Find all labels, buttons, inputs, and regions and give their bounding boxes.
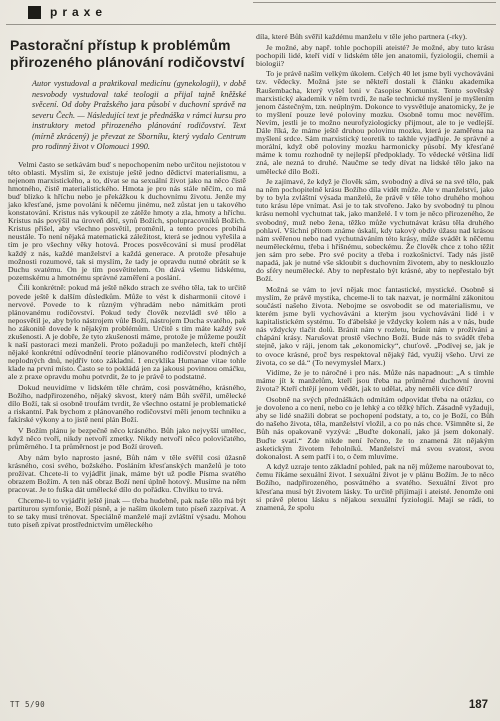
right-column-body: Je možné, aby např. tohle pochopili atei… — [256, 44, 494, 512]
left-column: Pastorační přístup k problémům přirozené… — [8, 30, 246, 693]
right-column: díla, které Bůh svěřil každému manželu v… — [256, 30, 494, 693]
page-number: 187 — [469, 699, 488, 711]
paragraph: Je možné, aby např. tohle pochopili atei… — [256, 44, 494, 68]
section-kicker-label: praxe — [50, 5, 107, 19]
left-column-body: Velmi často se setkávám buď s nepochopen… — [8, 161, 246, 530]
section-kicker: praxe — [28, 5, 107, 19]
magazine-page: praxe Pastorační přístup k problémům při… — [0, 0, 500, 721]
paragraph: Čili konkrétně: pokud má ještě někdo str… — [8, 284, 246, 381]
paragraph: Velmi často se setkávám buď s nepochopen… — [8, 161, 246, 282]
header-rule — [6, 24, 496, 25]
paragraph: Osobně na svých přednáškách odmítám odpo… — [256, 396, 494, 461]
paragraph: Je zajímavé, že když je člověk sám, svob… — [256, 178, 494, 283]
paragraph: Aby nám bylo naprosto jasné, Bůh nám v t… — [8, 454, 246, 494]
top-rule — [253, 2, 496, 3]
paragraph: V Božím plánu je bezpečně něco krásného.… — [8, 427, 246, 451]
paragraph: Možná se vám to jeví nějak moc fantastic… — [256, 286, 494, 367]
paragraph: Vidíme, že je to náročné i pro nás. Může… — [256, 369, 494, 393]
paragraph: Dokud neuvidíme v lidském těle chrám, co… — [8, 384, 246, 424]
article-title: Pastorační přístup k problémům přirozené… — [10, 37, 246, 70]
section-square-icon — [28, 6, 41, 19]
article-intro: Autor vystudoval a praktikoval medicínu … — [32, 79, 246, 153]
paragraph-continuation: díla, které Bůh svěřil každému manželu v… — [256, 33, 494, 41]
paragraph: Chceme-li to vyjádřit ještě jinak — třeb… — [8, 497, 246, 529]
paragraph: A když uzraje tento základní pohled, pak… — [256, 463, 494, 512]
paragraph: To je právě naším velkým úkolem. Celých … — [256, 70, 494, 175]
journal-reference: TT 5/90 — [10, 700, 45, 709]
article-columns: Pastorační přístup k problémům přirozené… — [8, 30, 494, 693]
